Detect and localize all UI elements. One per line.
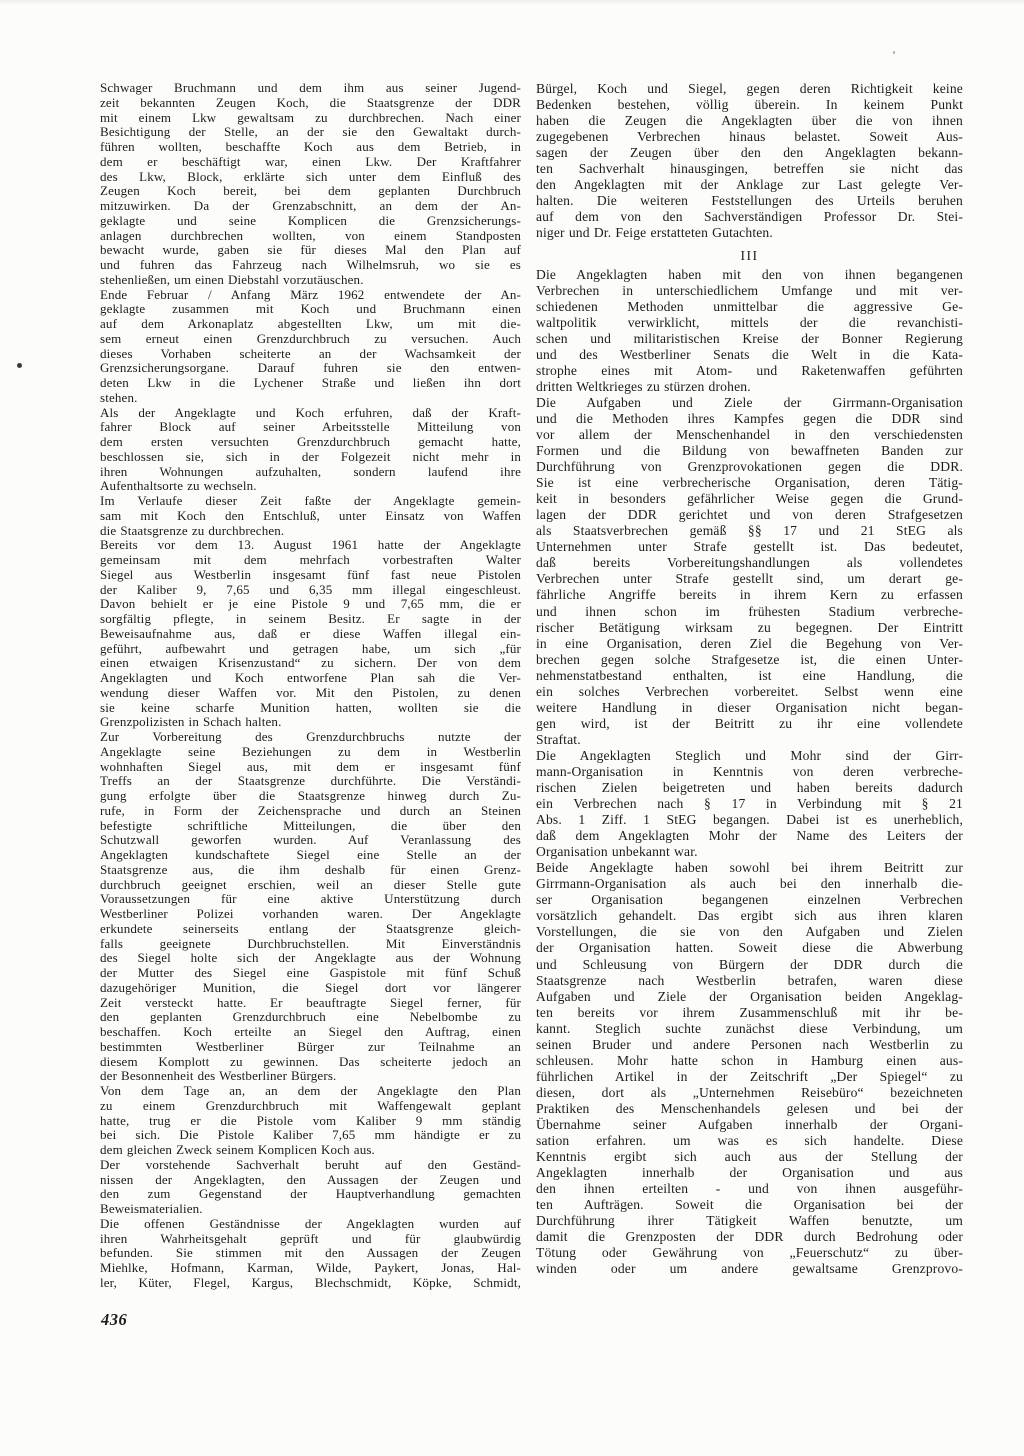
text-line: einen etwaigen Krisenzustand“ zu sichern…	[100, 656, 521, 671]
text-line: Unternehmen unter Strafe gestellt ist. D…	[536, 539, 963, 555]
scan-speck	[17, 363, 22, 368]
text-line: Ende Februar / Anfang März 1962 entwende…	[100, 288, 521, 303]
text-line: geführt, aufbewahrt und getragen habe, u…	[100, 642, 521, 657]
text-line: brechen gegen solche Strafgesetze ist, d…	[536, 652, 963, 668]
text-line: deten Lkw in die Lychener Straße und lie…	[100, 376, 521, 391]
paragraph: Als der Angeklagte und Koch erfuhren, da…	[100, 406, 521, 495]
text-line: falls geeignete Durchbruchstellen. Mit E…	[100, 937, 521, 952]
text-line: Schutzwall geworfen wurden. Auf Veranlas…	[100, 833, 521, 848]
text-line: ten bereits vor ihrem Zusammenschluß mit…	[536, 1005, 963, 1021]
text-line: Bedenken bestehen, völlig überein. In ke…	[536, 97, 963, 113]
text-line: damit die Grenzposten der DDR durch Bedr…	[536, 1229, 963, 1245]
paragraph: Von dem Tage an, an dem der Angeklagte d…	[100, 1084, 521, 1158]
paragraph: Die Angeklagten Steglich und Mohr sind d…	[536, 748, 963, 860]
text-line: Verbrechen unter Strafe gestellt sind, u…	[536, 571, 963, 587]
page-number: 436	[101, 1310, 127, 1330]
text-line: schen und militaristischen Kreise der Bo…	[536, 331, 963, 347]
text-line: des Siegel holte sich der Angeklagte aus…	[100, 951, 521, 966]
text-line: sorgfältig pflegte, in seinem Besitz. Er…	[100, 612, 521, 627]
paragraph: Der vorstehende Sachverhalt beruht auf d…	[100, 1158, 521, 1217]
text-line: diesem Komplott zu gewinnen. Das scheite…	[100, 1055, 521, 1070]
scan-speck	[893, 51, 895, 54]
text-line: strophe eines mit Atom- und Raketenwaffe…	[536, 363, 963, 379]
scan-edge-shadow	[0, 0, 1024, 5]
text-line: bestimmten Westberliner Bürger zur Teiln…	[100, 1040, 521, 1055]
text-line: Miehlke, Hofmann, Karman, Wilde, Paykert…	[100, 1261, 521, 1276]
text-line: Staatsgrenze aus, die ihm deshalb für ei…	[100, 863, 521, 878]
paragraph: Schwager Bruchmann und dem ihm aus seine…	[100, 81, 521, 288]
text-line: wendung dieser Waffen vor. Mit den Pisto…	[100, 686, 521, 701]
paragraph: Beide Angeklagte haben sowohl bei ihrem …	[536, 860, 963, 1277]
text-line: Zur Vorbereitung des Grenzdurchbruchs nu…	[100, 730, 521, 745]
text-line: den ihnen erteilten - und von ihnen ausg…	[536, 1181, 963, 1197]
text-line: Durchführung von Grenzprovokationen gege…	[536, 459, 963, 475]
text-line: der Organisation hatten. Soweit diese di…	[536, 940, 963, 956]
text-line: auf dem Arkonaplatz abgestellten Lkw, um…	[100, 317, 521, 332]
text-line: Die Angeklagten haben mit den von ihnen …	[536, 267, 963, 283]
left-column: Schwager Bruchmann und dem ihm aus seine…	[100, 81, 521, 1291]
text-line: Zeit versteckt hatte. Er beauftragte Sie…	[100, 996, 521, 1011]
text-line: Zeugen Koch bereit, bei dem geplanten Du…	[100, 184, 521, 199]
text-line: ein Verbrechen nach § 17 in Verbindung m…	[536, 796, 963, 812]
text-line: kannt. Steglich suchte zunächst diese Ve…	[536, 1021, 963, 1037]
text-line: ihren Wahrheitsgehalt geprüft und für gl…	[100, 1232, 521, 1247]
scanned-page: Schwager Bruchmann und dem ihm aus seine…	[0, 0, 1024, 1456]
text-line: geklagte zusammen mit Koch und Bruchmann…	[100, 302, 521, 317]
paragraph: Die Aufgaben und Ziele der Girrmann-Orga…	[536, 395, 963, 748]
text-line: ten Aufträgen. Soweit die Organisation b…	[536, 1197, 963, 1213]
text-line: beschlossen sie, sich in der Folgezeit n…	[100, 450, 521, 465]
text-line: anlagen durchbrechen wollten, von einem …	[100, 229, 521, 244]
text-line: daß bereits Vorbereitungshandlungen als …	[536, 555, 963, 571]
text-line: niger und Dr. Feige erstatteten Gutachte…	[536, 225, 963, 241]
text-line: fährliche Angriffe bereits in ihrem Kern…	[536, 587, 963, 603]
text-line: dem gleichen Zweck seinem Komplicen Koch…	[100, 1143, 521, 1158]
text-line: bei sich. Die Pistole Kaliber 7,65 mm hä…	[100, 1128, 521, 1143]
text-line: Tötung oder Gewährung von „Feuerschutz“ …	[536, 1245, 963, 1261]
text-line: beschaffen. Koch erteilte an Siegel den …	[100, 1025, 521, 1040]
text-line: Schwager Bruchmann und dem ihm aus seine…	[100, 81, 521, 96]
text-line: sam mit Koch den Entschluß, unter Einsat…	[100, 509, 521, 524]
text-line: Besichtigung der Stelle, an der sie den …	[100, 125, 521, 140]
text-line: zeit bekannten Zeugen Koch, die Staatsgr…	[100, 96, 521, 111]
text-line: Beweismaterialien.	[100, 1202, 521, 1217]
text-line: der Mutter des Siegel eine Gaspistole mi…	[100, 966, 521, 981]
text-line: Die Aufgaben und Ziele der Girrmann-Orga…	[536, 395, 963, 411]
text-line: geklagte und seine Komplicen die Grenzsi…	[100, 214, 521, 229]
text-line: rischer Betätigung wirksam zu begegnen. …	[536, 620, 963, 636]
text-line: Die offenen Geständnisse der Angeklagten…	[100, 1217, 521, 1232]
text-line: ein solches Verbrechen vorbereitet. Selb…	[536, 684, 963, 700]
text-line: stehen.	[100, 391, 521, 406]
text-line: Voraussetzungen für eine aktive Unterstü…	[100, 892, 521, 907]
text-line: Grenzpolizisten in Schach halten.	[100, 715, 521, 730]
text-line: ihren Wohnungen aufzuhalten, sondern lau…	[100, 465, 521, 480]
text-line: diesen, dort als „Unternehmen Reisebüro“…	[536, 1085, 963, 1101]
text-line: Die Angeklagten Steglich und Mohr sind d…	[536, 748, 963, 764]
text-line: dritten Weltkrieges zu stürzen drohen.	[536, 379, 963, 395]
text-line: Angeklagten kundschaftete Siegel eine St…	[100, 848, 521, 863]
text-line: ser Organisation begangenen einzelnen Ve…	[536, 892, 963, 908]
text-line: Beide Angeklagte haben sowohl bei ihrem …	[536, 860, 963, 876]
text-line: gen wird, ist der Beitritt zu ihr eine v…	[536, 716, 963, 732]
text-line: den zum Gegenstand der Hauptverhandlung …	[100, 1187, 521, 1202]
text-line: Von dem Tage an, an dem der Angeklagte d…	[100, 1084, 521, 1099]
text-line: Straftat.	[536, 732, 963, 748]
text-line: zu einem Grenzdurchbruch mit Waffengewal…	[100, 1099, 521, 1114]
text-line: dem ersten versuchten Grenzdurchbruch ge…	[100, 435, 521, 450]
paragraph: Bürgel, Koch und Siegel, gegen deren Ric…	[536, 81, 963, 241]
text-line: Beweisaufnahme aus, daß er diese Waffen …	[100, 627, 521, 642]
text-line: Angeklagten innerhalb der Organisation u…	[536, 1165, 963, 1181]
paragraph: Bereits vor dem 13. August 1961 hatte de…	[100, 538, 521, 730]
text-line: und des Westberliner Senats die Welt in …	[536, 347, 963, 363]
text-line: bewacht wurde, gaben sie für dieses Mal …	[100, 243, 521, 258]
text-line: Der vorstehende Sachverhalt beruht auf d…	[100, 1158, 521, 1173]
text-line: erkundete seinerseits entlang der Staats…	[100, 922, 521, 937]
text-line: rischen Zielen beigetreten und haben ber…	[536, 780, 963, 796]
text-line: Aufenthaltsorte zu wechseln.	[100, 479, 521, 494]
text-line: Kenntnis ergibt sich auch aus der Stellu…	[536, 1149, 963, 1165]
text-line: führen wollten, beschaffte Koch aus dem …	[100, 140, 521, 155]
text-line: in eine Organisation, deren Ziel die Beg…	[536, 636, 963, 652]
paragraph: Im Verlaufe dieser Zeit faßte der Angekl…	[100, 494, 521, 538]
text-line: Angeklagten und Koch entworfene Plan sah…	[100, 671, 521, 686]
paragraph: Die offenen Geständnisse der Angeklagten…	[100, 1217, 521, 1291]
text-line: dieses Vorhaben scheiterte an der Wachsa…	[100, 347, 521, 362]
text-line: Verbrechen in unterschiedlichem Umfange …	[536, 283, 963, 299]
text-line: Girrmann-Organisation als auch bei den i…	[536, 876, 963, 892]
text-line: befestigte schriftliche Mitteilungen, di…	[100, 819, 521, 834]
text-line: rufe, in Form der Zeichensprache und dur…	[100, 804, 521, 819]
text-line: mitzuwirken. Da der Grenzabschnitt, an d…	[100, 199, 521, 214]
text-line: mit einem Lkw gewaltsam zu durchbrechen.…	[100, 111, 521, 126]
text-line: auf dem von den Sachverständigen Profess…	[536, 209, 963, 225]
text-line: stehenließen, um einen Diebstahl vorzutä…	[100, 273, 521, 288]
text-line: und Schleusung von Bürgern der DDR durch…	[536, 957, 963, 973]
text-line: vor allem der Menschenhandel in den vers…	[536, 427, 963, 443]
text-line: vorsätzlich gehandelt. Das ergibt sich a…	[536, 908, 963, 924]
text-line: die Staatsgrenze zu durchbrechen.	[100, 524, 521, 539]
text-line: und ihnen schon im frühesten Stadium ver…	[536, 604, 963, 620]
paragraph: Zur Vorbereitung des Grenzdurchbruchs nu…	[100, 730, 521, 1084]
text-line: sagen der Zeugen über den den Angeklagte…	[536, 145, 963, 161]
text-line: lagen der DDR gerichtet und von deren St…	[536, 507, 963, 523]
text-line: Formen und die Bildung von bewaffneten B…	[536, 443, 963, 459]
text-line: halten. Die weiteren Feststellungen des …	[536, 193, 963, 209]
text-line: wohnhaften Siegel aus, mit dem er insges…	[100, 760, 521, 775]
text-line: daß dem Angeklagten Mohr der Name des Le…	[536, 828, 963, 844]
text-line: Bürgel, Koch und Siegel, gegen deren Ric…	[536, 81, 963, 97]
text-line: des Lkw, Block, erklärte sich unter dem …	[100, 170, 521, 185]
text-line: weitere Handlung in dieser Organisation …	[536, 700, 963, 716]
text-line: Übernahme seiner Aufgaben innerhalb der …	[536, 1117, 963, 1133]
text-line: Durchführung ihrer Tätigkeit Waffen benu…	[536, 1213, 963, 1229]
text-line: Im Verlaufe dieser Zeit faßte der Angekl…	[100, 494, 521, 509]
text-line: fahrer Block auf seiner Arbeitsstelle Mi…	[100, 420, 521, 435]
text-line: den Angeklagten mit der Anklage zur Last…	[536, 177, 963, 193]
text-line: Bereits vor dem 13. August 1961 hatte de…	[100, 538, 521, 553]
text-line: dazugehöriger Munition, die Siegel dort …	[100, 981, 521, 996]
text-line: gemeinsam mit dem mehrfach vorbestraften…	[100, 553, 521, 568]
text-line: zugegebenen Verbrechen hinaus belastet. …	[536, 129, 963, 145]
text-line: sem erneut einen Grenzdurchbruch zu vers…	[100, 332, 521, 347]
text-line: Davon behielt er je eine Pistole 9 und 7…	[100, 597, 521, 612]
text-line: der Kaliber 9, 7,65 und 6,35 mm illegal …	[100, 583, 521, 598]
text-line: winden oder um andere gewaltsame Grenzpr…	[536, 1261, 963, 1277]
paragraph: Ende Februar / Anfang März 1962 entwende…	[100, 288, 521, 406]
text-line: als Staatsverbrechen gemäß §§ 17 und 21 …	[536, 523, 963, 539]
text-line: nissen der Angeklagten, den Aussagen der…	[100, 1173, 521, 1188]
text-line: schleusen. Mohr hatte schon in Hamburg e…	[536, 1053, 963, 1069]
text-line: Als der Angeklagte und Koch erfuhren, da…	[100, 406, 521, 421]
text-line: Grenzsicherungsorgane. Darauf fuhren sie…	[100, 361, 521, 376]
text-line: haben die Zeugen die Angeklagten über di…	[536, 113, 963, 129]
text-line: ten Sachverhalt hinausgingen, betreffen …	[536, 161, 963, 177]
text-line: Treffs an der Staatsgrenze durchführte. …	[100, 774, 521, 789]
text-line: sie keine scharfe Munition hatten, wollt…	[100, 701, 521, 716]
text-line: Angeklagte seine Beziehungen zu dem in W…	[100, 745, 521, 760]
text-line: und die Methoden ihres Kampfes gegen die…	[536, 411, 963, 427]
text-line: waltpolitik verwirklicht, mittels der di…	[536, 315, 963, 331]
text-line: ler, Küter, Flegel, Kargus, Blechschmidt…	[100, 1276, 521, 1291]
right-column: Bürgel, Koch und Siegel, gegen deren Ric…	[536, 81, 963, 1277]
text-line: seinen Bruder und andere Personen nach W…	[536, 1037, 963, 1053]
text-line: Staatsgrenze nach Westberlin betrafen, w…	[536, 973, 963, 989]
text-line: Sie ist eine verbrecherische Organisatio…	[536, 475, 963, 491]
text-line: Siegel aus Westberlin insgesamt fünf fas…	[100, 568, 521, 583]
text-line: Organisation unbekannt war.	[536, 844, 963, 860]
text-line: hatte, trug er die Pistole vom Kaliber 9…	[100, 1114, 521, 1129]
text-line: führlichen Artikel in der Zeitschrift „D…	[536, 1069, 963, 1085]
text-line: befunden. Sie stimmen mit den Aussagen d…	[100, 1246, 521, 1261]
text-line: Praktiken des Menschenhandels gelesen un…	[536, 1101, 963, 1117]
text-line: sation erfahren. um was es sich handelte…	[536, 1133, 963, 1149]
text-line: und fuhren das Fahrzeug nach Wilhelmsruh…	[100, 258, 521, 273]
text-line: Vorstellungen, die sie von den Aufgaben …	[536, 924, 963, 940]
text-line: Abs. 1 Ziff. 1 StEG begangen. Dabei ist …	[536, 812, 963, 828]
text-line: der Besonnenheit des Westberliner Bürger…	[100, 1069, 521, 1084]
text-line: nehmenstatbestand enthalten, ist eine Ha…	[536, 668, 963, 684]
text-line: Westberliner Polizei vorhanden waren. De…	[100, 907, 521, 922]
text-line: den geplanten Grenzdurchbruch eine Nebel…	[100, 1010, 521, 1025]
text-line: keit in besonders gefährlicher Weise geg…	[536, 491, 963, 507]
section-heading: III	[536, 248, 963, 264]
text-line: mann-Organisation in Kenntnis von deren …	[536, 764, 963, 780]
text-line: Aufgaben und Ziele der Organisation beid…	[536, 989, 963, 1005]
text-line: gung erfolgte über die Staatsgrenze hinw…	[100, 789, 521, 804]
text-line: schiedenen Methoden unmittelbar die aggr…	[536, 299, 963, 315]
text-line: durchbruch geeignet erschien, weil an di…	[100, 878, 521, 893]
paragraph: Die Angeklagten haben mit den von ihnen …	[536, 267, 963, 395]
text-line: dem er beschäftigt war, einen Lkw. Der K…	[100, 155, 521, 170]
